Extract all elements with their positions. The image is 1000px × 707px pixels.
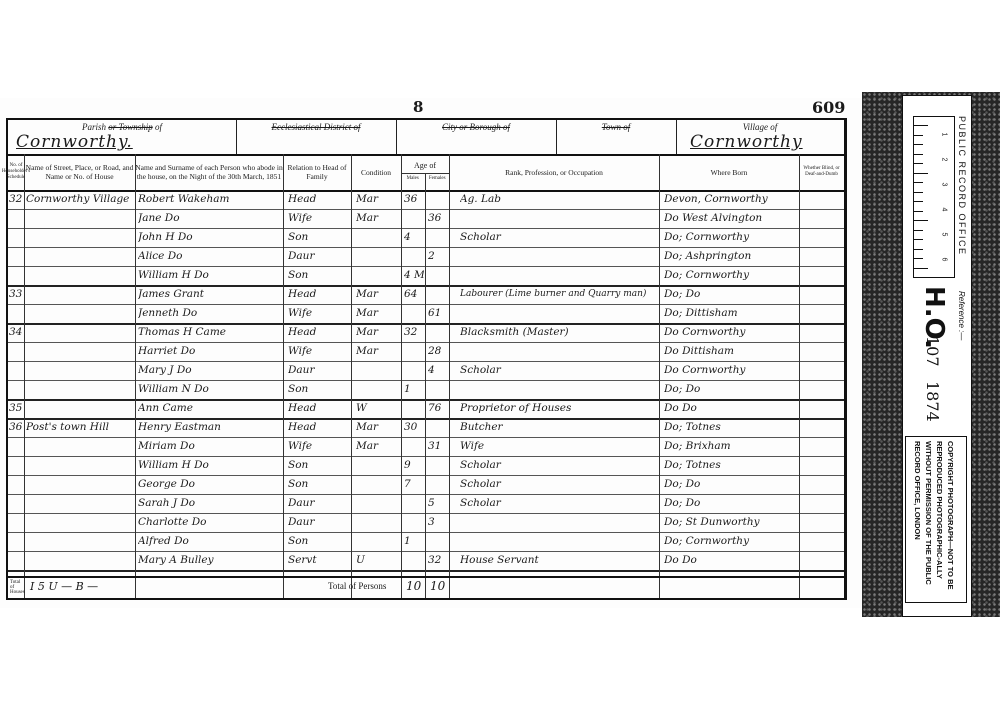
cell-name: Alice Do (138, 247, 282, 266)
cell-street (26, 247, 134, 266)
reference-label: Reference :— (957, 291, 966, 340)
divider (799, 154, 800, 598)
ruler-tick (914, 211, 923, 212)
city-label: City or Borough of (396, 122, 556, 132)
cell-relation: Son (288, 266, 350, 285)
cell-female-age: 28 (428, 342, 448, 361)
cell-occupation (460, 209, 658, 228)
cell-name: Miriam Do (138, 437, 282, 456)
cell-condition: Mar (356, 342, 400, 361)
cell-occupation (460, 266, 658, 285)
cell-schedule (9, 456, 24, 475)
cell-schedule (9, 361, 24, 380)
total-houses-value: I 5 U — B — (30, 580, 98, 593)
cell-female-age (428, 380, 448, 399)
cell-born: Do; Ashprington (664, 247, 798, 266)
cell-occupation (460, 304, 658, 323)
cell-name: Mary A Bulley (138, 551, 282, 570)
table-row: Miriam DoWifeMar31WifeDo; Brixham (8, 437, 844, 457)
cell-male-age: 9 (404, 456, 424, 475)
cell-name: Mary J Do (138, 361, 282, 380)
cell-born: Do; Totnes (664, 456, 798, 475)
city-cell: City or Borough of (396, 120, 557, 154)
ecclesiastical-label: Ecclesiastical District of (236, 122, 396, 132)
cell-condition (356, 228, 400, 247)
sheet-number: 8 (413, 98, 423, 116)
cell-relation: Head (288, 399, 350, 418)
scale-ruler: 123456 (913, 116, 955, 278)
divider (351, 154, 352, 598)
cell-female-age: 2 (428, 247, 448, 266)
cell-condition (356, 247, 400, 266)
cell-occupation: House Servant (460, 551, 658, 570)
total-females: 10 (430, 579, 445, 593)
cell-born: Do; Do (664, 285, 798, 304)
cell-male-age: 36 (404, 190, 424, 209)
cell-born: Do; Dittisham (664, 304, 798, 323)
cell-born: Do; Cornworthy (664, 228, 798, 247)
cell-schedule: 33 (9, 285, 24, 304)
cell-occupation: Scholar (460, 361, 658, 380)
cell-street (26, 456, 134, 475)
cell-occupation (460, 532, 658, 551)
cell-occupation (460, 380, 658, 399)
cell-condition: W (356, 399, 400, 418)
cell-male-age (404, 361, 424, 380)
cell-relation: Head (288, 418, 350, 437)
cell-female-age (428, 266, 448, 285)
cell-condition (356, 475, 400, 494)
parish-of: of (155, 122, 162, 132)
cell-male-age (404, 209, 424, 228)
public-record-office-label: 123456 PUBLIC RECORD OFFICE Reference :—… (902, 95, 972, 617)
cell-occupation: Wife (460, 437, 658, 456)
cell-female-age (428, 285, 448, 304)
cell-condition: Mar (356, 437, 400, 456)
ruler-number: 2 (940, 158, 947, 162)
pro-title: PUBLIC RECORD OFFICE (957, 116, 967, 256)
ruler-tick (914, 182, 923, 183)
cell-condition (356, 494, 400, 513)
cell-relation: Servt (288, 551, 350, 570)
cell-schedule (9, 437, 24, 456)
cell-street: Post's town Hill (26, 418, 134, 437)
district-header: Parish or Township of Cornworthy. Eccles… (8, 120, 844, 156)
cell-occupation: Ag. Lab (460, 190, 658, 209)
cell-name: Harriet Do (138, 342, 282, 361)
piece-number: 107 (923, 336, 942, 367)
cell-relation: Son (288, 475, 350, 494)
ruler-tick (914, 125, 928, 126)
divider (401, 154, 402, 598)
cell-born: Do Dittisham (664, 342, 798, 361)
table-row: Jane DoWifeMar36Do West Alvington (8, 209, 844, 229)
divider (425, 180, 426, 598)
col-where-born: Where Born (659, 154, 800, 190)
parish-struck: or Township (108, 122, 152, 132)
col-condition: Condition (351, 154, 402, 190)
cell-relation: Wife (288, 437, 350, 456)
cell-street (26, 361, 134, 380)
table-row: William N DoSon1Do; Do (8, 380, 844, 401)
cell-female-age: 76 (428, 399, 448, 418)
cell-born: Do; Do (664, 475, 798, 494)
cell-female-age: 32 (428, 551, 448, 570)
ecclesiastical-cell: Ecclesiastical District of (236, 120, 397, 154)
ruler-tick (914, 249, 923, 250)
cell-schedule (9, 247, 24, 266)
cell-name: James Grant (138, 285, 282, 304)
cell-name: John H Do (138, 228, 282, 247)
ruler-tick (914, 173, 928, 174)
cell-born: Do; Do (664, 494, 798, 513)
cell-name: Alfred Do (138, 532, 282, 551)
ruler-tick (914, 192, 923, 193)
cell-male-age: 1 (404, 380, 424, 399)
cell-street (26, 551, 134, 570)
cell-born: Do; Brixham (664, 437, 798, 456)
cell-born: Do; Cornworthy (664, 532, 798, 551)
cell-female-age: 3 (428, 513, 448, 532)
divider (24, 154, 25, 598)
cell-female-age: 36 (428, 209, 448, 228)
village-label: Village of (676, 122, 844, 132)
cell-occupation: Blacksmith (Master) (460, 323, 658, 342)
table-row: 34Thomas H CameHeadMar32Blacksmith (Mast… (8, 323, 844, 343)
cell-name: Thomas H Came (138, 323, 282, 342)
cell-condition: Mar (356, 209, 400, 228)
cell-born: Do West Alvington (664, 209, 798, 228)
cell-occupation: Scholar (460, 494, 658, 513)
cell-street (26, 475, 134, 494)
cell-relation: Son (288, 532, 350, 551)
copyright-box: COPYRIGHT PHOTOGRAPH—NOT TO BE REPRODUCE… (905, 436, 967, 603)
table-row: 36Post's town HillHenry EastmanHeadMar30… (8, 418, 844, 438)
cell-born: Do Cornworthy (664, 361, 798, 380)
cell-occupation (460, 247, 658, 266)
table-row: Sarah J DoDaur5ScholarDo; Do (8, 494, 844, 514)
cell-female-age (428, 323, 448, 342)
divider (659, 154, 660, 598)
table-row: 35Ann CameHeadW76Proprietor of HousesDo … (8, 399, 844, 420)
cell-schedule (9, 266, 24, 285)
cell-born: Do; Cornworthy (664, 266, 798, 285)
males-label: Males (401, 174, 426, 183)
cell-name: Jenneth Do (138, 304, 282, 323)
ruler-number: 3 (940, 183, 947, 187)
cell-male-age (404, 437, 424, 456)
cell-relation: Head (288, 285, 350, 304)
cell-female-age (428, 532, 448, 551)
table-row: Harriet DoWifeMar28Do Dittisham (8, 342, 844, 362)
cell-born: Do; Do (664, 380, 798, 399)
cell-female-age: 61 (428, 304, 448, 323)
ruler-tick (914, 230, 923, 231)
village-value: Cornworthy (690, 132, 803, 152)
col-schedule: No. of Householder's Schedule (8, 154, 25, 190)
cell-condition (356, 380, 400, 399)
parish-value: Cornworthy. (16, 132, 133, 152)
cell-name: William H Do (138, 266, 282, 285)
cell-condition: Mar (356, 418, 400, 437)
cell-street: Cornworthy Village (26, 190, 134, 209)
col-street: Name of Street, Place, or Road, and Name… (24, 154, 136, 190)
ruler-tick (914, 220, 928, 221)
cell-condition (356, 513, 400, 532)
cell-female-age (428, 475, 448, 494)
cell-schedule (9, 475, 24, 494)
cell-condition: Mar (356, 304, 400, 323)
table-row: Alfred DoSon1Do; Cornworthy (8, 532, 844, 552)
cell-name: Charlotte Do (138, 513, 282, 532)
ruler-tick (914, 201, 923, 202)
copyright-notice: COPYRIGHT PHOTOGRAPH—NOT TO BE REPRODUCE… (912, 441, 956, 599)
table-row: Jenneth DoWifeMar61Do; Dittisham (8, 304, 844, 325)
cell-schedule: 35 (9, 399, 24, 418)
col-relation: Relation to Head of Family (283, 154, 352, 190)
cell-occupation: Proprietor of Houses (460, 399, 658, 418)
cell-male-age: 32 (404, 323, 424, 342)
ruler-number: 6 (940, 258, 947, 262)
cell-condition: U (356, 551, 400, 570)
cell-schedule (9, 551, 24, 570)
cell-male-age: 4 Mo (404, 266, 424, 285)
cell-schedule (9, 228, 24, 247)
cell-born: Do Do (664, 399, 798, 418)
col-name: Name and Surname of each Person who abod… (135, 154, 284, 190)
cell-street (26, 304, 134, 323)
total-houses-label: Total of Houses (10, 580, 24, 595)
cell-male-age: 4 (404, 228, 424, 247)
cell-occupation: Scholar (460, 228, 658, 247)
cell-born: Do Do (664, 551, 798, 570)
ruler-tick (914, 163, 923, 164)
column-headers: No. of Householder's Schedule Name of St… (8, 154, 844, 192)
cell-relation: Daur (288, 513, 350, 532)
cell-relation: Wife (288, 342, 350, 361)
cell-born: Do; Totnes (664, 418, 798, 437)
cell-condition (356, 456, 400, 475)
table-row: George DoSon7ScholarDo; Do (8, 475, 844, 495)
table-row: Charlotte DoDaur3Do; St Dunworthy (8, 513, 844, 533)
cell-relation: Wife (288, 304, 350, 323)
table-row: William H DoSon4 MoDo; Cornworthy (8, 266, 844, 287)
table-row: Mary A BulleyServtU32House ServantDo Do (8, 551, 844, 572)
cell-schedule (9, 532, 24, 551)
cell-name: Jane Do (138, 209, 282, 228)
parish-cell: Parish or Township of Cornworthy. (8, 120, 237, 154)
cell-schedule: 32 (9, 190, 24, 209)
ruler-tick (914, 135, 923, 136)
cell-relation: Head (288, 190, 350, 209)
cell-name: William H Do (138, 456, 282, 475)
cell-relation: Son (288, 380, 350, 399)
cell-street (26, 228, 134, 247)
age-of-label: Age of (401, 161, 449, 174)
cell-occupation: Butcher (460, 418, 658, 437)
cell-male-age (404, 551, 424, 570)
cell-relation: Head (288, 323, 350, 342)
cell-female-age: 5 (428, 494, 448, 513)
cell-schedule (9, 494, 24, 513)
table-row: Alice DoDaur2Do; Ashprington (8, 247, 844, 267)
females-label: Females (426, 174, 450, 183)
total-males: 10 (406, 579, 421, 593)
table-row: John H DoSon4ScholarDo; Cornworthy (8, 228, 844, 248)
cell-name: Henry Eastman (138, 418, 282, 437)
cell-male-age: 30 (404, 418, 424, 437)
cell-relation: Daur (288, 494, 350, 513)
cell-schedule (9, 342, 24, 361)
total-persons-label: Total of Persons (328, 581, 386, 591)
cell-male-age (404, 513, 424, 532)
cell-name: Robert Wakeham (138, 190, 282, 209)
cell-born: Do Cornworthy (664, 323, 798, 342)
ruler-tick (914, 268, 928, 269)
cell-male-age: 7 (404, 475, 424, 494)
cell-condition (356, 266, 400, 285)
cell-male-age: 1 (404, 532, 424, 551)
cell-street (26, 323, 134, 342)
cell-occupation (460, 342, 658, 361)
cell-name: William N Do (138, 380, 282, 399)
cell-schedule (9, 209, 24, 228)
cell-schedule: 34 (9, 323, 24, 342)
cell-female-age: 31 (428, 437, 448, 456)
cell-born: Devon, Cornworthy (664, 190, 798, 209)
cell-relation: Daur (288, 361, 350, 380)
table-row: Mary J DoDaur4ScholarDo Cornworthy (8, 361, 844, 381)
cell-condition: Mar (356, 190, 400, 209)
cell-relation: Daur (288, 247, 350, 266)
page-number: 609 (812, 98, 845, 117)
col-occupation: Rank, Profession, or Occupation (449, 154, 660, 190)
cell-street (26, 380, 134, 399)
cell-male-age (404, 304, 424, 323)
cell-name: George Do (138, 475, 282, 494)
town-label: Town of (556, 122, 676, 132)
cell-male-age (404, 247, 424, 266)
cell-street (26, 513, 134, 532)
cell-schedule (9, 380, 24, 399)
ruler-number: 1 (940, 133, 947, 137)
folio-number: 1874 (923, 381, 942, 422)
cell-male-age (404, 399, 424, 418)
table-row: 33James GrantHeadMar64Labourer (Lime bur… (8, 285, 844, 305)
table-row: 32Cornworthy VillageRobert WakehamHeadMa… (8, 190, 844, 210)
cell-condition (356, 361, 400, 380)
cell-street (26, 342, 134, 361)
cell-condition: Mar (356, 285, 400, 304)
parish-label: Parish (82, 122, 106, 132)
ruler-number: 5 (940, 233, 947, 237)
census-table: Parish or Township of Cornworthy. Eccles… (6, 118, 847, 600)
ruler-tick (914, 258, 923, 259)
cell-female-age: 4 (428, 361, 448, 380)
ruler-tick (914, 239, 923, 240)
cell-female-age (428, 190, 448, 209)
divider (449, 154, 450, 598)
cell-schedule (9, 304, 24, 323)
cell-relation: Wife (288, 209, 350, 228)
cell-female-age (428, 228, 448, 247)
cell-female-age (428, 456, 448, 475)
cell-occupation: Scholar (460, 475, 658, 494)
cell-street (26, 285, 134, 304)
cell-schedule: 36 (9, 418, 24, 437)
town-cell: Town of (556, 120, 677, 154)
cell-occupation: Scholar (460, 456, 658, 475)
cell-female-age (428, 418, 448, 437)
cell-male-age: 64 (404, 285, 424, 304)
col-blind-deaf: Whether Blind, or Deaf-and-Dumb (799, 154, 844, 190)
cell-name: Sarah J Do (138, 494, 282, 513)
cell-street (26, 437, 134, 456)
cell-condition (356, 532, 400, 551)
totals-row: Total of Houses I 5 U — B — Total of Per… (8, 576, 844, 598)
cell-street (26, 494, 134, 513)
cell-born: Do; St Dunworthy (664, 513, 798, 532)
cell-name: Ann Came (138, 399, 282, 418)
divider (283, 154, 284, 598)
cell-schedule (9, 513, 24, 532)
ruler-tick (914, 154, 923, 155)
cell-condition: Mar (356, 323, 400, 342)
cell-male-age (404, 342, 424, 361)
cell-street (26, 532, 134, 551)
village-cell: Village of Cornworthy (676, 120, 844, 154)
cell-street (26, 266, 134, 285)
table-row: William H DoSon9ScholarDo; Totnes (8, 456, 844, 476)
cell-street (26, 209, 134, 228)
cell-street (26, 399, 134, 418)
ruler-number: 4 (940, 208, 947, 212)
cell-occupation (460, 513, 658, 532)
cell-male-age (404, 494, 424, 513)
divider (135, 154, 136, 598)
cell-occupation: Labourer (Lime burner and Quarry man) (460, 285, 658, 304)
cell-relation: Son (288, 456, 350, 475)
cell-relation: Son (288, 228, 350, 247)
ruler-tick (914, 144, 923, 145)
